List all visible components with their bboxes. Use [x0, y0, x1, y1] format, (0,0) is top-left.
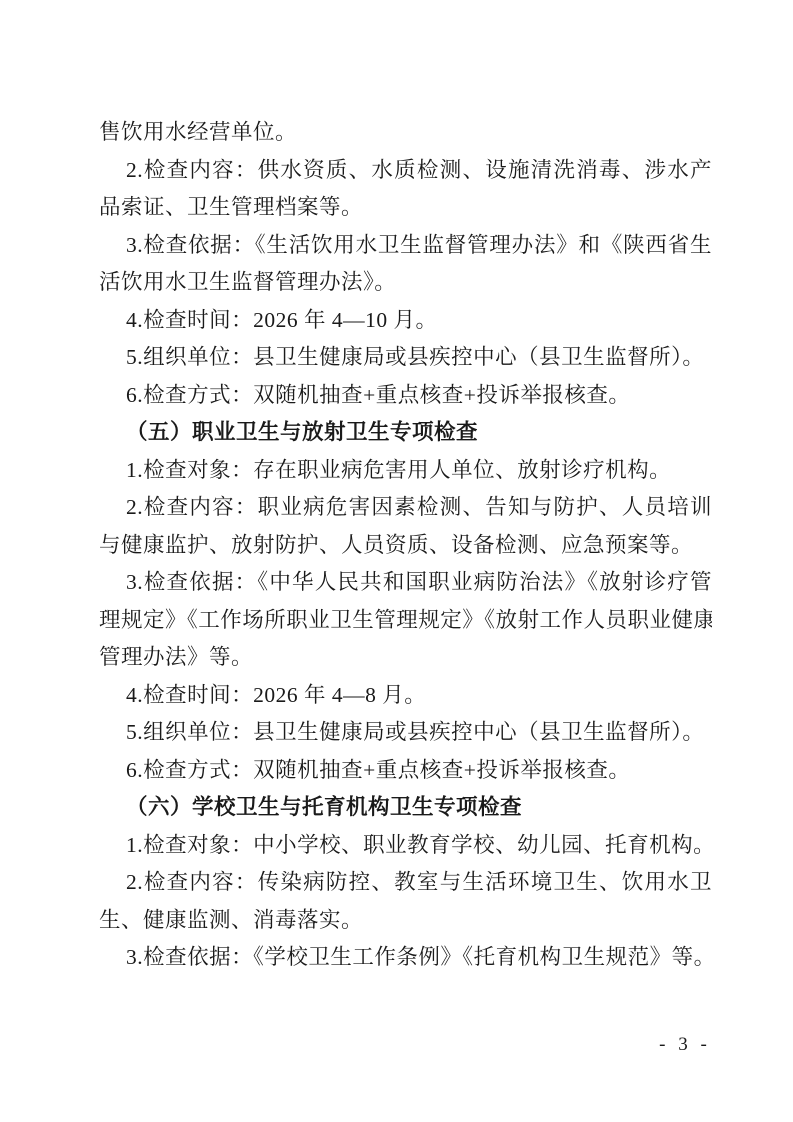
text-line: 2.检查内容：职业病危害因素检测、告知与防护、人员培训 — [99, 489, 712, 527]
text-line: 5.组织单位：县卫生健康局或县疾控中心（县卫生监督所）。 — [99, 714, 712, 752]
document-page: 售饮用水经营单位。2.检查内容：供水资质、水质检测、设施清洗消毒、涉水产品索证、… — [0, 0, 793, 1122]
text-line: 2.检查内容：传染病防控、教室与生活环境卫生、饮用水卫 — [99, 864, 712, 902]
text-line: 4.检查时间：2026 年 4—8 月。 — [99, 677, 712, 715]
text-line: 品索证、卫生管理档案等。 — [99, 189, 712, 227]
text-line: 6.检查方式：双随机抽查+重点核查+投诉举报核查。 — [99, 752, 712, 790]
text-line: 3.检查依据：《生活饮用水卫生监督管理办法》和《陕西省生 — [99, 227, 712, 265]
text-line: 6.检查方式：双随机抽查+重点核查+投诉举报核查。 — [99, 377, 712, 415]
text-line: 理规定》《工作场所职业卫生管理规定》《放射工作人员职业健康 — [99, 602, 712, 640]
text-line: 1.检查对象：存在职业病危害用人单位、放射诊疗机构。 — [99, 452, 712, 490]
section-heading: （六）学校卫生与托育机构卫生专项检查 — [99, 789, 712, 827]
document-body: 售饮用水经营单位。2.检查内容：供水资质、水质检测、设施清洗消毒、涉水产品索证、… — [99, 114, 712, 977]
text-line: 1.检查对象：中小学校、职业教育学校、幼儿园、托育机构。 — [99, 827, 712, 865]
text-line: 售饮用水经营单位。 — [99, 114, 712, 152]
text-line: 管理办法》等。 — [99, 639, 712, 677]
text-line: 生、健康监测、消毒落实。 — [99, 902, 712, 940]
text-line: 3.检查依据：《学校卫生工作条例》《托育机构卫生规范》等。 — [99, 939, 712, 977]
section-heading: （五）职业卫生与放射卫生专项检查 — [99, 414, 712, 452]
text-line: 2.检查内容：供水资质、水质检测、设施清洗消毒、涉水产 — [99, 152, 712, 190]
page-number: - 3 - — [650, 1032, 720, 1058]
text-line: 4.检查时间：2026 年 4—10 月。 — [99, 302, 712, 340]
text-line: 与健康监护、放射防护、人员资质、设备检测、应急预案等。 — [99, 527, 712, 565]
text-line: 3.检查依据：《中华人民共和国职业病防治法》《放射诊疗管 — [99, 564, 712, 602]
text-line: 活饮用水卫生监督管理办法》。 — [99, 264, 712, 302]
text-line: 5.组织单位：县卫生健康局或县疾控中心（县卫生监督所）。 — [99, 339, 712, 377]
